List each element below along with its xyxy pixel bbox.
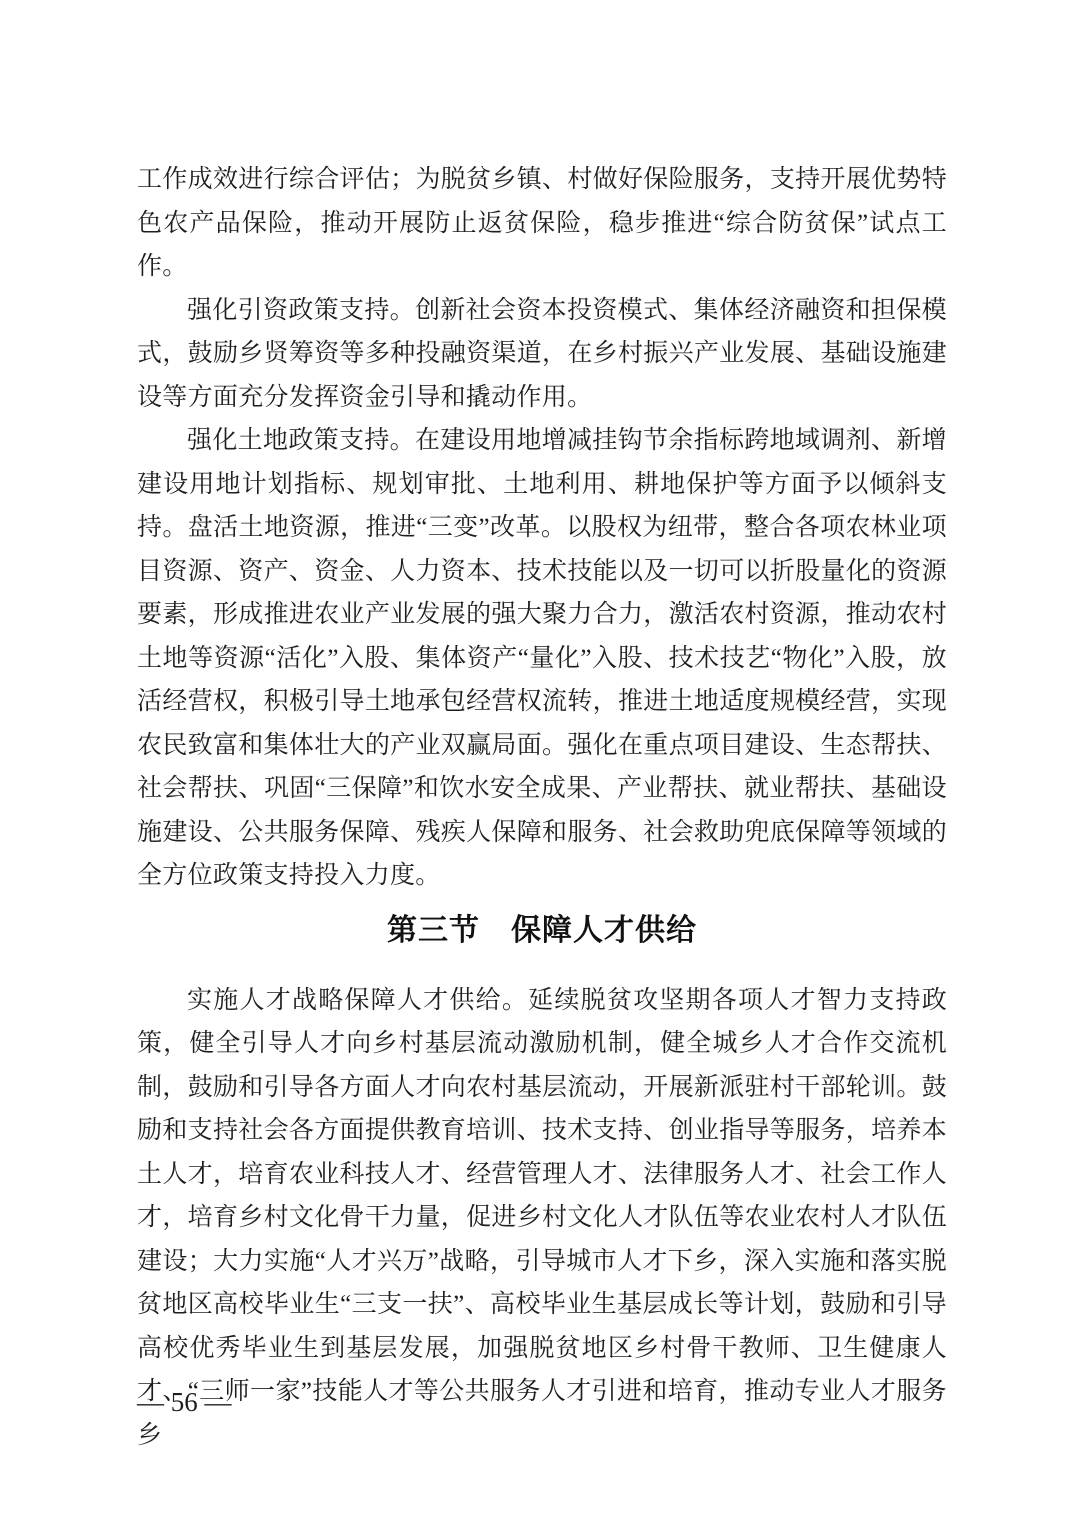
page-body-text: 工作成效进行综合评估；为脱贫乡镇、村做好保险服务，支持开展优势特色农产品保险，推…	[137, 158, 947, 1457]
paragraph-financing-policy: 强化引资政策支持。创新社会资本投资模式、集体经济融资和担保模式，鼓励乡贤筹资等多…	[137, 289, 947, 420]
paragraph-continuation: 工作成效进行综合评估；为脱贫乡镇、村做好保险服务，支持开展优势特色农产品保险，推…	[137, 158, 947, 289]
page-number: — 56 —	[137, 1386, 232, 1418]
document-page: 工作成效进行综合评估；为脱贫乡镇、村做好保险服务，支持开展优势特色农产品保险，推…	[0, 0, 1074, 1520]
paragraph-talent-supply: 实施人才战略保障人才供给。延续脱贫攻坚期各项人才智力支持政策，健全引导人才向乡村…	[137, 979, 947, 1458]
section-heading: 第三节 保障人才供给	[137, 911, 947, 951]
paragraph-land-policy: 强化土地政策支持。在建设用地增减挂钩节余指标跨地域调剂、新增建设用地计划指标、规…	[137, 419, 947, 898]
